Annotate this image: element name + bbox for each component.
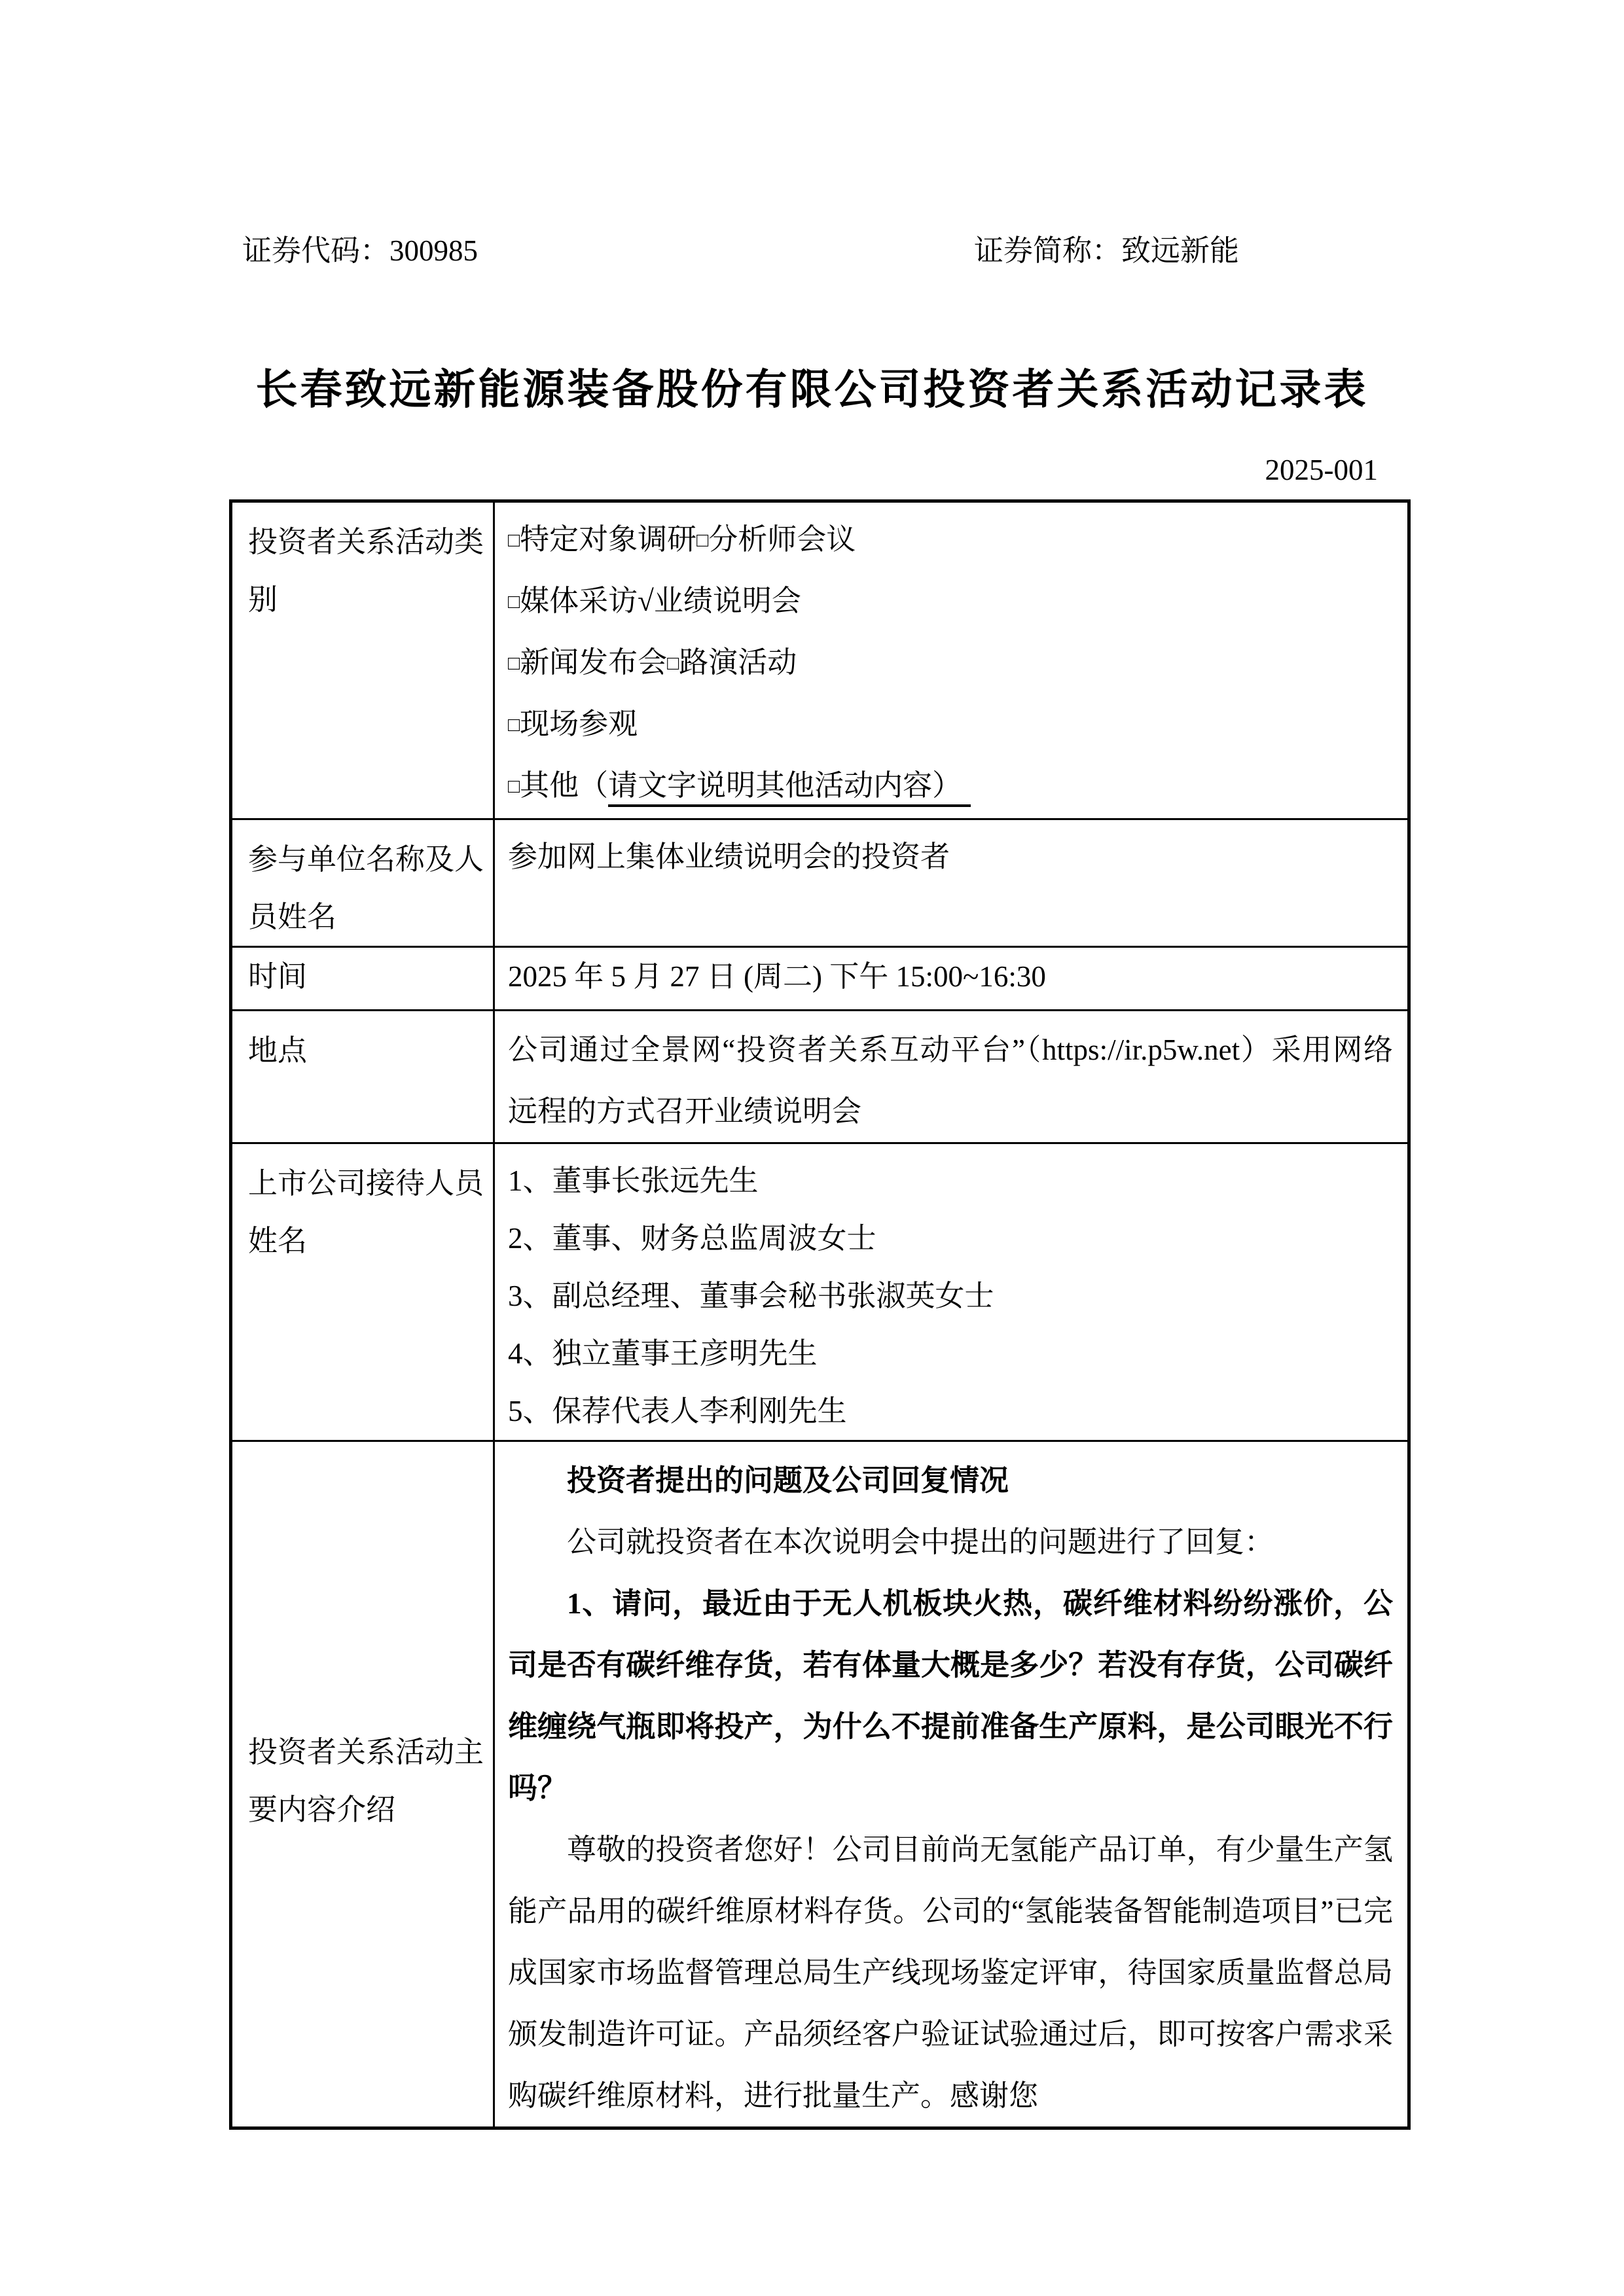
option-line: □现场参观 (508, 695, 1393, 757)
location-pre-text: 公司通过全景网“投资者关系互动平台”（ (508, 1033, 1042, 1066)
option-text: 其他（ (520, 769, 608, 802)
platform-url: https://ir.p5w.net (1042, 1033, 1240, 1066)
main-content-body: 投资者提出的问题及公司回复情况 公司就投资者在本次说明会中提出的问题进行了回复：… (494, 1441, 1409, 2128)
checkbox-icon: □ (508, 512, 520, 569)
record-table: 投资者关系活动类别 □特定对象调研□分析师会议 □媒体采访√业绩说明会 □新闻发… (229, 499, 1411, 2130)
participants-value: 参加网上集体业绩说明会的投资者 (494, 819, 1409, 947)
host-line: 5、保荐代表人李利刚先生 (508, 1382, 1393, 1440)
hosts-list: 1、董事长张远先生 2、董事、财务总监周波女士 3、副总经理、董事会秘书张淑英女… (494, 1143, 1409, 1441)
host-line: 4、独立董事王彦明先生 (508, 1325, 1393, 1382)
host-line: 1、董事长张远先生 (508, 1152, 1393, 1210)
row-label-participants: 参与单位名称及人员姓名 (231, 819, 494, 947)
table-row-hosts: 上市公司接待人员姓名 1、董事长张远先生 2、董事、财务总监周波女士 3、副总经… (231, 1143, 1409, 1441)
option-line: □媒体采访√业绩说明会 (508, 572, 1393, 634)
option-text: 特定对象调研 (520, 523, 696, 556)
row-label-location: 地点 (231, 1011, 494, 1143)
option-text: 媒体采访 (520, 584, 638, 617)
checkbox-icon: □ (667, 635, 679, 692)
host-line: 2、董事、财务总监周波女士 (508, 1210, 1393, 1267)
option-text: 分析师会议 (708, 523, 856, 556)
stock-code-line: 证券代码：300985 (242, 226, 478, 269)
content-intro: 公司就投资者在本次说明会中提出的问题进行了回复： (508, 1511, 1393, 1573)
document-page: 证券代码：300985 证券简称：致远新能 长春致远新能源装备股份有限公司投资者… (0, 0, 1624, 2296)
stock-abbr-label: 证券简称： (974, 234, 1121, 267)
table-row-time: 时间 2025 年 5 月 27 日 (周二) 下午 15:00~16:30 (231, 947, 1409, 1011)
row-label-main-content: 投资者关系活动主要内容介绍 (231, 1441, 494, 2128)
table-row-participants: 参与单位名称及人员姓名 参加网上集体业绩说明会的投资者 (231, 819, 1409, 947)
stock-code-value: 300985 (389, 234, 478, 267)
checkbox-icon: □ (508, 573, 520, 631)
location-text: 公司通过全景网“投资者关系互动平台”（https://ir.p5w.net）采用… (508, 1019, 1393, 1142)
checkbox-icon: □ (508, 696, 520, 754)
content-answer-1: 尊敬的投资者您好！公司目前尚无氢能产品订单，有少量生产氢能产品用的碳纤维原材料存… (508, 1819, 1393, 2126)
checkbox-icon: □ (508, 758, 520, 816)
option-line: □其他（请文字说明其他活动内容） (508, 757, 1393, 818)
table-row-activity-type: 投资者关系活动类别 □特定对象调研□分析师会议 □媒体采访√业绩说明会 □新闻发… (231, 501, 1409, 819)
content-question-1: 1、请问，最近由于无人机板块火热，碳纤维材料纷纷涨价，公司是否有碳纤维存货，若有… (508, 1573, 1393, 1819)
stock-abbr-line: 证券简称：致远新能 (974, 226, 1239, 269)
other-activity-blank: 请文字说明其他活动内容） (608, 769, 971, 807)
activity-type-options: □特定对象调研□分析师会议 □媒体采访√业绩说明会 □新闻发布会□路演活动 □现… (494, 501, 1409, 819)
row-label-activity-type: 投资者关系活动类别 (231, 501, 494, 819)
option-line: □特定对象调研□分析师会议 (508, 511, 1393, 572)
table-row-main-content: 投资者关系活动主要内容介绍 投资者提出的问题及公司回复情况 公司就投资者在本次说… (231, 1441, 1409, 2128)
stock-code-label: 证券代码： (242, 234, 389, 267)
row-label-hosts: 上市公司接待人员姓名 (231, 1143, 494, 1441)
table-row-location: 地点 公司通过全景网“投资者关系互动平台”（https://ir.p5w.net… (231, 1011, 1409, 1143)
row-label-time: 时间 (231, 947, 494, 1011)
option-text: 业绩说明会 (654, 584, 801, 617)
checkbox-icon: □ (508, 635, 520, 692)
page-title: 长春致远新能源装备股份有限公司投资者关系活动记录表 (0, 364, 1624, 416)
option-text: 路演活动 (679, 646, 797, 679)
location-value: 公司通过全景网“投资者关系互动平台”（https://ir.p5w.net）采用… (494, 1011, 1409, 1143)
checkbox-icon: □ (696, 512, 708, 569)
stock-abbr-value: 致远新能 (1121, 234, 1239, 267)
option-text: 新闻发布会 (520, 646, 667, 679)
checkmark-icon: √ (638, 584, 654, 617)
time-value: 2025 年 5 月 27 日 (周二) 下午 15:00~16:30 (494, 947, 1409, 1011)
option-text: 现场参观 (520, 708, 638, 740)
record-number: 2025-001 (229, 453, 1378, 487)
host-line: 3、副总经理、董事会秘书张淑英女士 (508, 1267, 1393, 1325)
option-line: □新闻发布会□路演活动 (508, 634, 1393, 695)
content-heading: 投资者提出的问题及公司回复情况 (508, 1450, 1393, 1511)
